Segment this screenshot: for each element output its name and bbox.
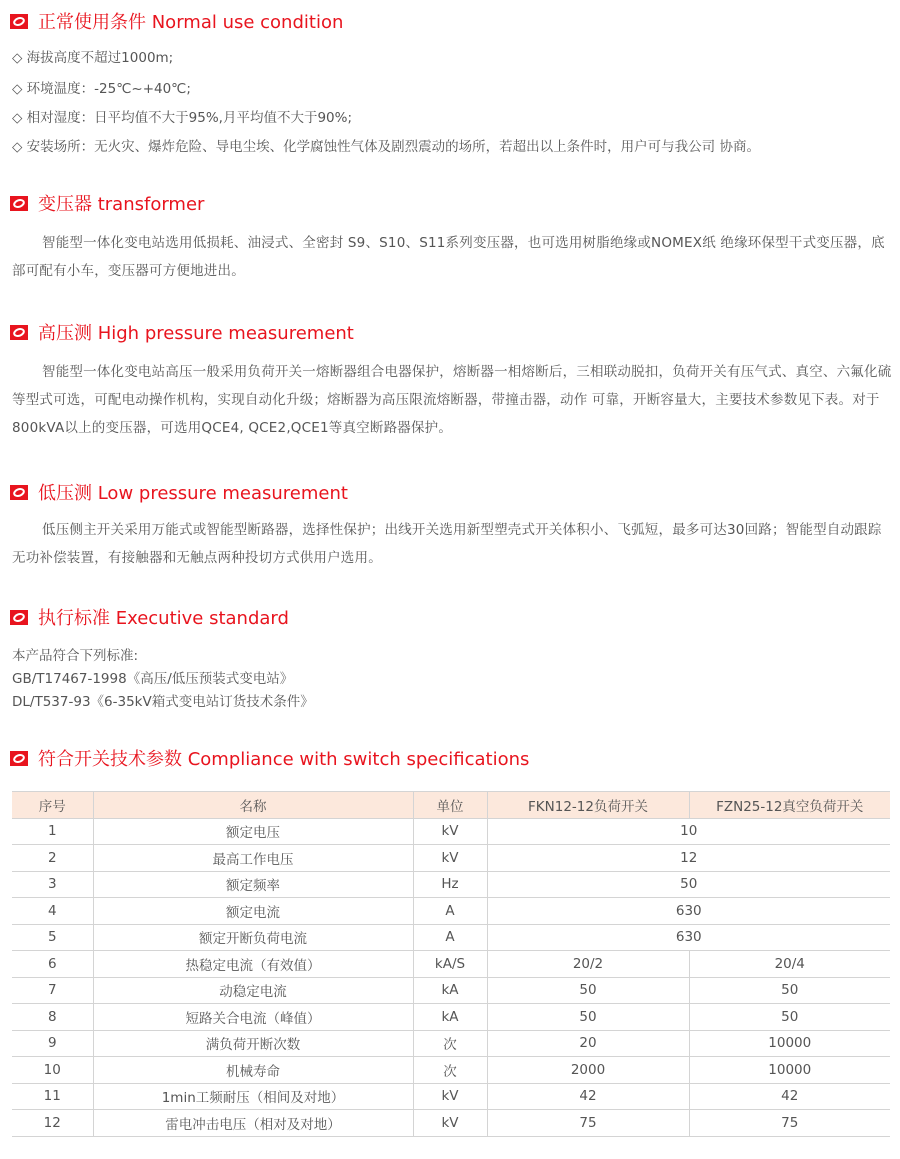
cell-unit: kV [413, 818, 487, 845]
cell-no: 1 [12, 818, 93, 845]
cell-name: 雷电冲击电压（相对及对地） [93, 1110, 413, 1137]
heading-text: 执行标准 Executive standard [38, 604, 289, 630]
heading-text: 正常使用条件 Normal use condition [38, 8, 343, 34]
heading-text: 低压测 Low pressure measurement [38, 479, 348, 505]
table-row: 1 额定电压 kV 10 [12, 818, 890, 845]
table-row: 11 1min工频耐压（相间及对地） kV 42 42 [12, 1083, 890, 1110]
cell-fkn: 50 [487, 977, 689, 1004]
heading-executive-standard: 执行标准 Executive standard [10, 604, 289, 630]
condition-item: ◇ 安装场所：无火灾、爆炸危险、导电尘埃、化学腐蚀性气体及剧烈震动的场所，若超出… [12, 135, 760, 155]
cell-name: 满负荷开断次数 [93, 1030, 413, 1057]
header-name: 名称 [93, 792, 413, 819]
table-row: 2 最高工作电压 kV 12 [12, 845, 890, 872]
table-row: 7 动稳定电流 kA 50 50 [12, 977, 890, 1004]
standard-intro: 本产品符合下列标准: [12, 645, 138, 667]
heading-high-pressure: 高压测 High pressure measurement [10, 319, 354, 345]
cell-name: 1min工频耐压（相间及对地） [93, 1083, 413, 1110]
cell-no: 8 [12, 1004, 93, 1031]
condition-item: ◇ 相对湿度：日平均值不大于95%,月平均值不大于90%; [12, 106, 352, 126]
section-bullet-icon [10, 14, 28, 29]
cell-name: 最高工作电压 [93, 845, 413, 872]
cell-no: 4 [12, 898, 93, 925]
cell-no: 2 [12, 845, 93, 872]
table-row: 3 额定频率 Hz 50 [12, 871, 890, 898]
cell-name: 额定频率 [93, 871, 413, 898]
heading-transformer: 变压器 transformer [10, 190, 204, 216]
cell-unit: 次 [413, 1057, 487, 1084]
cell-name: 动稳定电流 [93, 977, 413, 1004]
cell-no: 11 [12, 1083, 93, 1110]
cell-fkn: 20 [487, 1030, 689, 1057]
cell-name: 额定电压 [93, 818, 413, 845]
cell-fzn: 20/4 [689, 951, 890, 978]
cell-fkn: 2000 [487, 1057, 689, 1084]
cell-fkn: 20/2 [487, 951, 689, 978]
cell-unit: A [413, 898, 487, 925]
table-row: 6 热稳定电流（有效值） kA/S 20/2 20/4 [12, 951, 890, 978]
heading-text: 高压测 High pressure measurement [38, 319, 354, 345]
cell-fkn: 42 [487, 1083, 689, 1110]
table-header-row: 序号 名称 单位 FKN12-12负荷开关 FZN25-12真空负荷开关 [12, 792, 890, 819]
cell-fkn: 50 [487, 1004, 689, 1031]
cell-no: 12 [12, 1110, 93, 1137]
cell-name: 机械寿命 [93, 1057, 413, 1084]
heading-text: 变压器 transformer [38, 190, 204, 216]
heading-text: 符合开关技术参数 Compliance with switch specific… [38, 745, 529, 771]
standard-item: GB/T17467-1998《高压/低压预装式变电站》 [12, 668, 293, 690]
cell-no: 6 [12, 951, 93, 978]
section-bullet-icon [10, 610, 28, 625]
cell-fzn: 75 [689, 1110, 890, 1137]
table-row: 12 雷电冲击电压（相对及对地） kV 75 75 [12, 1110, 890, 1137]
table-row: 4 额定电流 A 630 [12, 898, 890, 925]
cell-unit: A [413, 924, 487, 951]
cell-value-merged: 630 [487, 898, 890, 925]
section-bullet-icon [10, 485, 28, 500]
table-row: 8 短路关合电流（峰值） kA 50 50 [12, 1004, 890, 1031]
cell-unit: 次 [413, 1030, 487, 1057]
cell-name: 额定电流 [93, 898, 413, 925]
condition-item: ◇ 海拔高度不超过1000m; [12, 46, 173, 66]
cell-fzn: 50 [689, 1004, 890, 1031]
low-pressure-text: 低压侧主开关采用万能式或智能型断路器，选择性保护；出线开关选用新型塑壳式开关体积… [12, 516, 892, 572]
high-pressure-text: 智能型一体化变电站高压一般采用负荷开关一熔断器组合电器保护，熔断器一相熔断后，三… [12, 358, 892, 442]
heading-specs: 符合开关技术参数 Compliance with switch specific… [10, 745, 529, 771]
cell-value-merged: 50 [487, 871, 890, 898]
table-row: 10 机械寿命 次 2000 10000 [12, 1057, 890, 1084]
cell-no: 10 [12, 1057, 93, 1084]
cell-unit: kA [413, 977, 487, 1004]
cell-no: 7 [12, 977, 93, 1004]
heading-low-pressure: 低压测 Low pressure measurement [10, 479, 348, 505]
cell-value-merged: 12 [487, 845, 890, 872]
section-bullet-icon [10, 751, 28, 766]
cell-name: 热稳定电流（有效值） [93, 951, 413, 978]
cell-value-merged: 630 [487, 924, 890, 951]
cell-unit: kA/S [413, 951, 487, 978]
section-bullet-icon [10, 325, 28, 340]
cell-fzn: 10000 [689, 1057, 890, 1084]
transformer-text: 智能型一体化变电站选用低损耗、油浸式、全密封 S9、S10、S11系列变压器，也… [12, 229, 892, 285]
cell-name: 额定开断负荷电流 [93, 924, 413, 951]
cell-value-merged: 10 [487, 818, 890, 845]
cell-fzn: 50 [689, 977, 890, 1004]
condition-item: ◇ 环境温度：-25℃~+40℃; [12, 77, 191, 97]
cell-unit: kV [413, 1083, 487, 1110]
cell-unit: kV [413, 1110, 487, 1137]
cell-no: 3 [12, 871, 93, 898]
standard-item: DL/T537-93《6-35kV箱式变电站订货技术条件》 [12, 691, 314, 713]
header-unit: 单位 [413, 792, 487, 819]
cell-fzn: 10000 [689, 1030, 890, 1057]
section-bullet-icon [10, 196, 28, 211]
cell-name: 短路关合电流（峰值） [93, 1004, 413, 1031]
heading-normal-use: 正常使用条件 Normal use condition [10, 8, 343, 34]
table-row: 9 满负荷开断次数 次 20 10000 [12, 1030, 890, 1057]
table-row: 5 额定开断负荷电流 A 630 [12, 924, 890, 951]
cell-no: 5 [12, 924, 93, 951]
spec-table: 序号 名称 单位 FKN12-12负荷开关 FZN25-12真空负荷开关 1 额… [12, 791, 890, 1137]
cell-unit: kA [413, 1004, 487, 1031]
cell-fzn: 42 [689, 1083, 890, 1110]
header-fkn: FKN12-12负荷开关 [487, 792, 689, 819]
header-fzn: FZN25-12真空负荷开关 [689, 792, 890, 819]
cell-no: 9 [12, 1030, 93, 1057]
cell-fkn: 75 [487, 1110, 689, 1137]
header-no: 序号 [12, 792, 93, 819]
cell-unit: Hz [413, 871, 487, 898]
cell-unit: kV [413, 845, 487, 872]
